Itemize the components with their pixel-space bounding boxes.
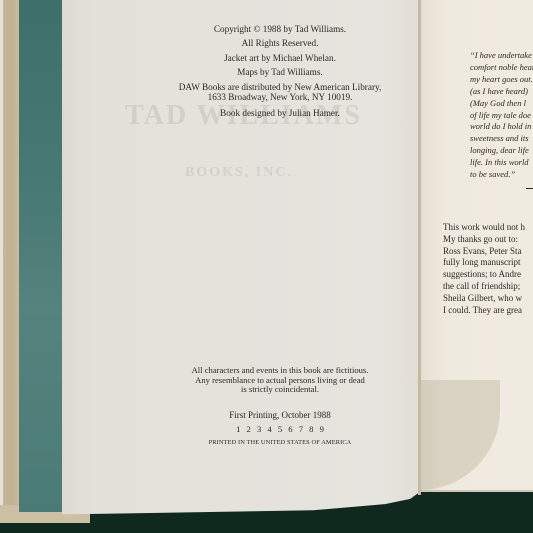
copyright-line: Copyright © 1988 by Tad Williams. (170, 22, 390, 36)
ack-line: I could. They are grea (443, 305, 533, 317)
book-gutter (418, 0, 421, 495)
maps-line: Maps by Tad Williams. (170, 65, 390, 79)
first-printing: First Printing, October 1988 (170, 410, 390, 420)
disclaimer-line-3: is strictly coincidental. (170, 385, 390, 395)
ack-line: fully long manuscript (443, 257, 533, 269)
distribution-line-1: DAW Books are distributed by New America… (170, 82, 390, 92)
ack-line: the call of friendship; (443, 281, 533, 293)
book-board-edge (0, 0, 20, 522)
jacket-art-line: Jacket art by Michael Whelan. (170, 51, 390, 65)
epigraph-line: sweetness and its (470, 133, 533, 145)
epigraph-line: “I have undertake (470, 50, 533, 62)
attribution-dash (526, 188, 533, 189)
right-page-bottom-edge (420, 490, 533, 492)
fiction-disclaimer: All characters and events in this book a… (170, 366, 390, 395)
ack-line: My thanks go out to: (443, 234, 533, 246)
epigraph-line: comfort noble hear (470, 62, 533, 74)
designer-line: Book designed by Julian Hamer. (170, 106, 390, 120)
acknowledgments: This work would not h My thanks go out t… (443, 222, 533, 316)
epigraph: “I have undertake comfort noble hear my … (470, 50, 533, 181)
ack-line: This work would not h (443, 222, 533, 234)
epigraph-line: (May God then l (470, 98, 533, 110)
printed-in-usa: PRINTED IN THE UNITED STATES OF AMERICA (170, 439, 390, 446)
page-edge-highlight (0, 0, 3, 522)
rights-line: All Rights Reserved. (170, 36, 390, 50)
epigraph-line: to be saved.” (470, 169, 533, 181)
epigraph-line: world do I hold in (470, 121, 533, 133)
distribution-line-2: 1633 Broadway, New York, NY 10019. (170, 92, 390, 102)
show-through-publisher: BOOKS, INC. (185, 165, 293, 181)
epigraph-line: (as I have heard) (470, 86, 533, 98)
print-number-line: 1 2 3 4 5 6 7 8 9 (170, 424, 390, 434)
ack-line: Ross Evans, Peter Sta (443, 246, 533, 258)
epigraph-line: of life my tale doe (470, 110, 533, 122)
epigraph-line: life. In this world (470, 157, 533, 169)
epigraph-line: my heart goes out. (470, 74, 533, 86)
epigraph-line: longing, dear life (470, 145, 533, 157)
ack-line: Sheila Gilbert, who w (443, 293, 533, 305)
ack-line: suggestions; to Andre (443, 269, 533, 281)
dust-jacket-flap (19, 0, 63, 512)
copyright-block: Copyright © 1988 by Tad Williams. All Ri… (170, 22, 390, 120)
